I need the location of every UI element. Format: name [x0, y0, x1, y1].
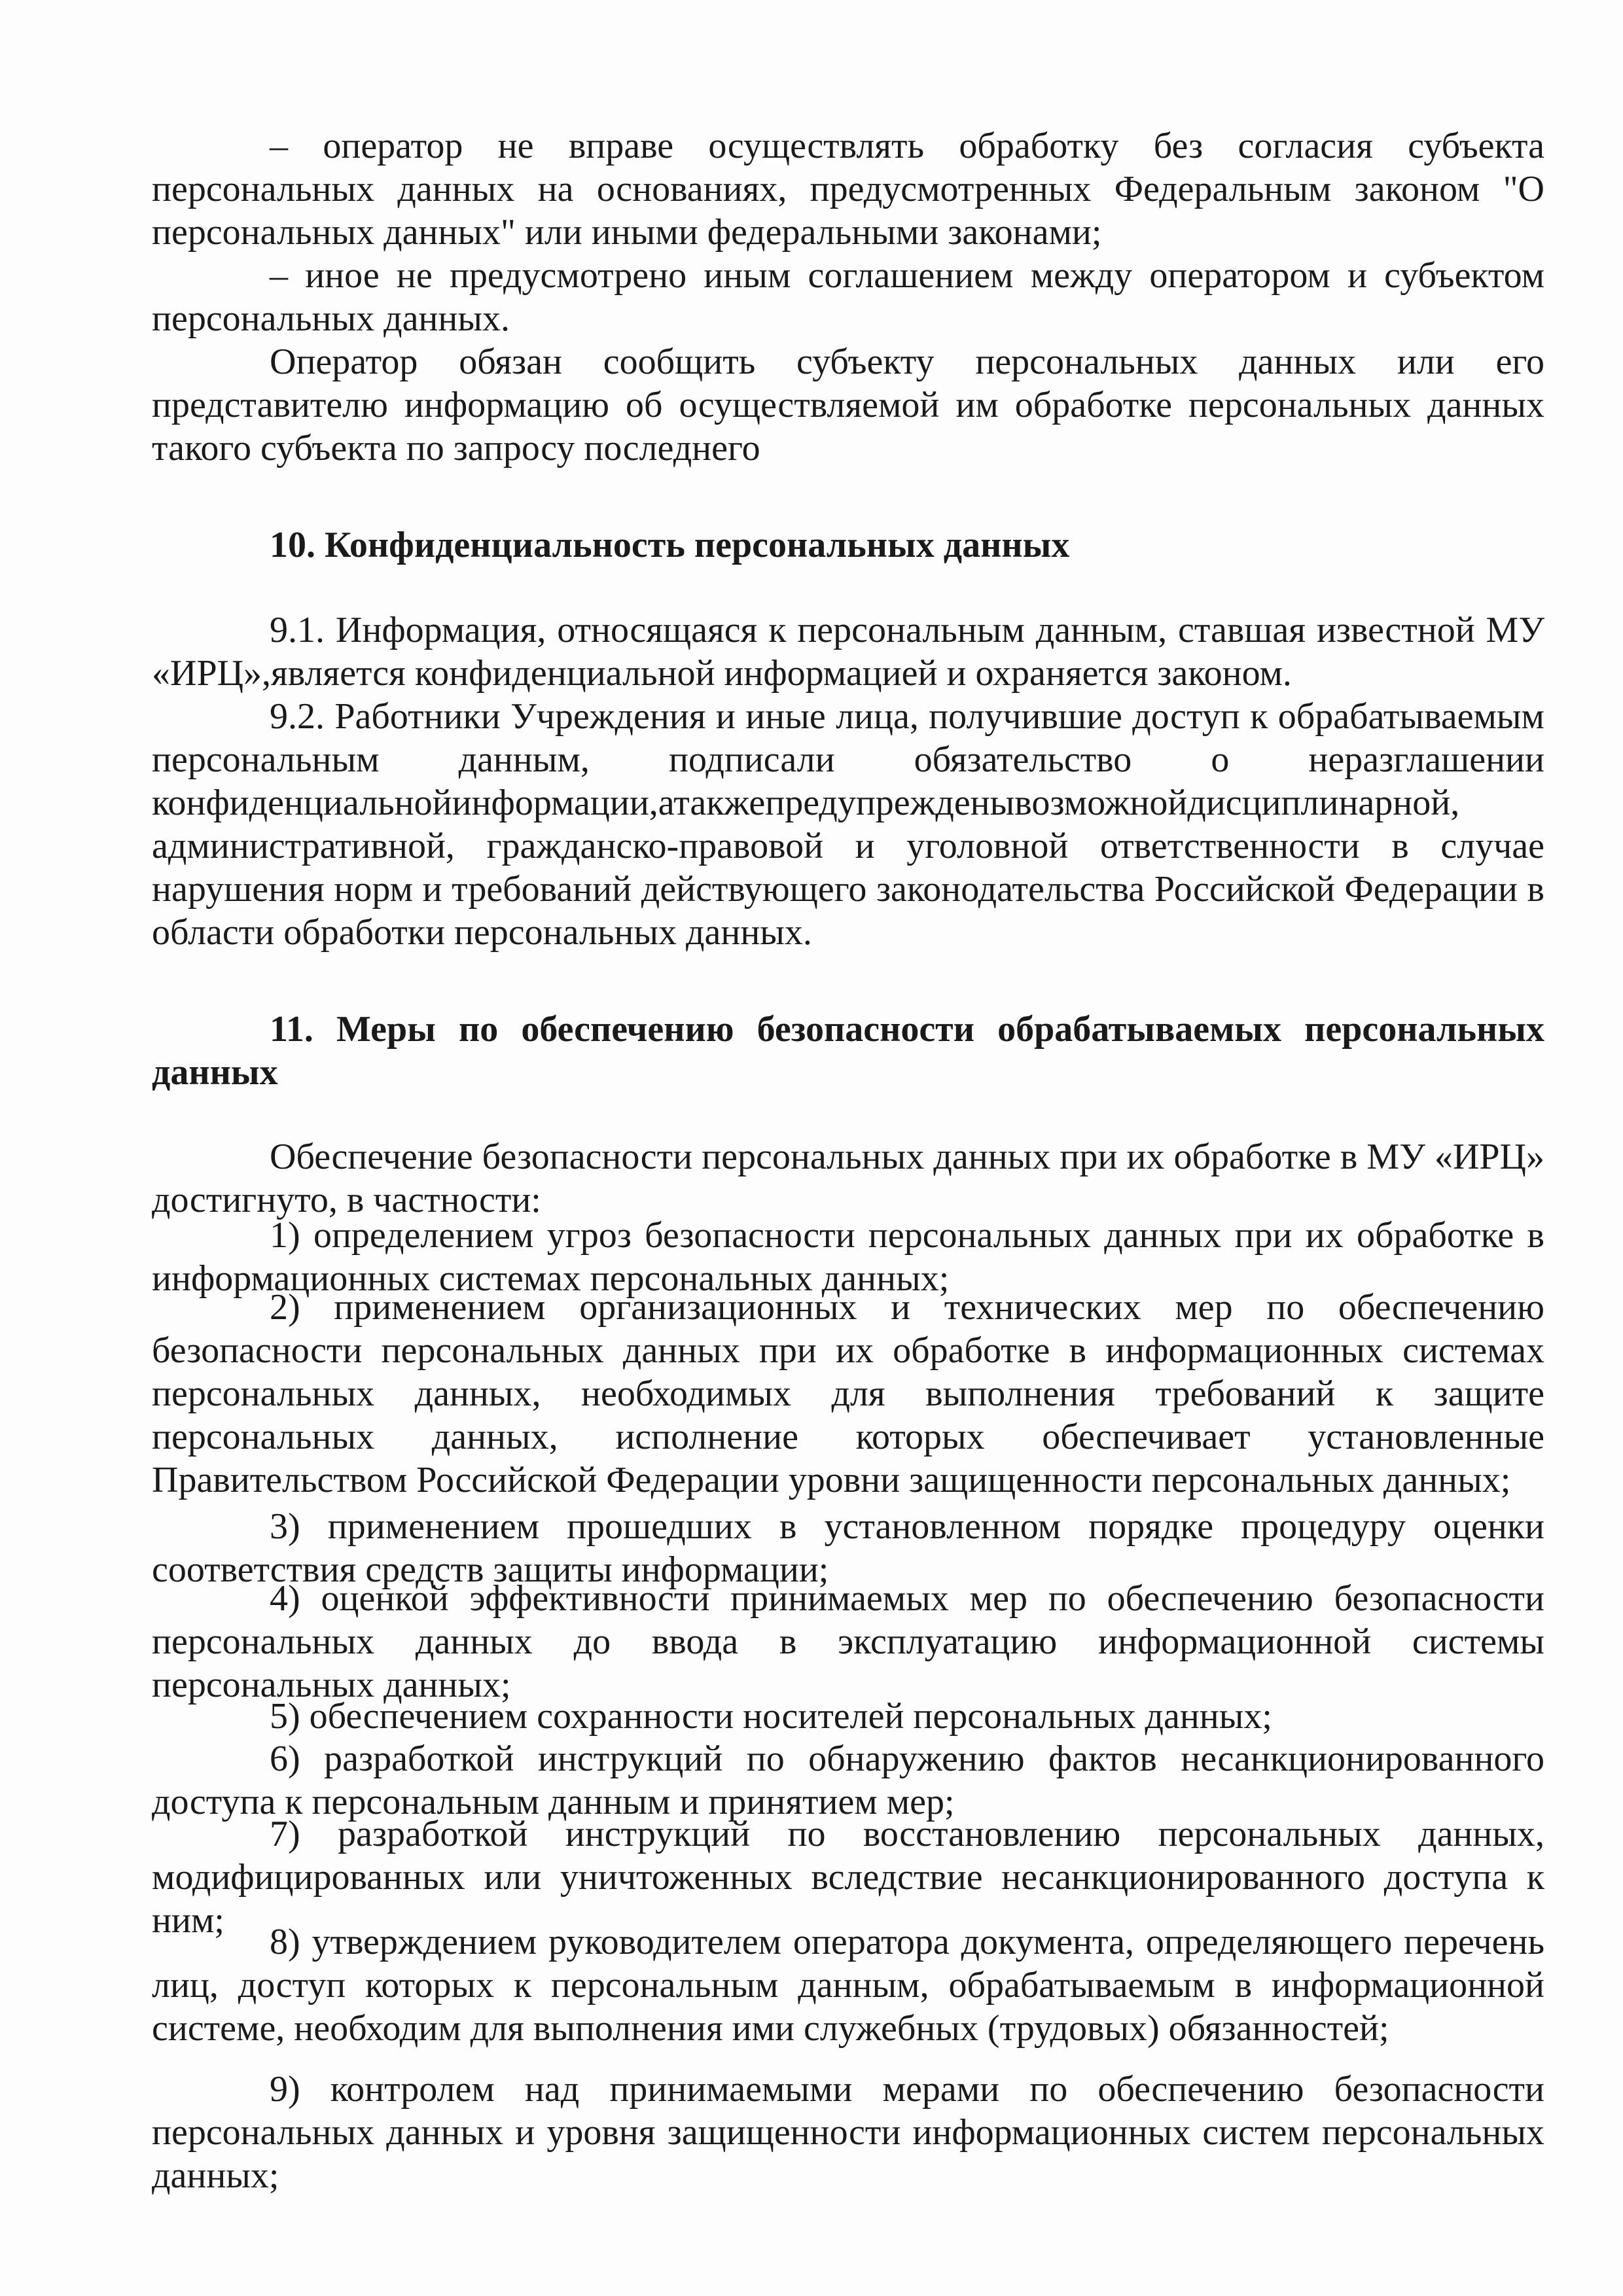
measure-item-9: 9) контролем над принимаемыми мерами по …	[152, 2068, 1544, 2197]
measure-item-6: 6) разработкой инструкций по обнаружению…	[152, 1737, 1544, 1824]
section-11-heading: 11. Меры по обеспечению безопасности обр…	[152, 1008, 1544, 1094]
section-11-intro: Обеспечение безопасности персональных да…	[152, 1135, 1544, 1222]
clause-9-1: 9.1. Информация, относящаяся к персональ…	[152, 609, 1544, 695]
section-10-heading: 10. Конфиденциальность персональных данн…	[152, 523, 1544, 567]
list-item-consent: – оператор не вправе осуществлять обрабо…	[152, 124, 1544, 254]
measure-item-5: 5) обеспечением сохранности носителей пе…	[152, 1695, 1544, 1738]
list-item-agreement: – иное не предусмотрено иным соглашением…	[152, 254, 1544, 340]
operator-obligation-paragraph: Оператор обязан сообщить субъекту персон…	[152, 340, 1544, 470]
measure-item-4: 4) оценкой эффективности принимаемых мер…	[152, 1577, 1544, 1706]
clause-9-2: 9.2. Работники Учреждения и иные лица, п…	[152, 695, 1544, 954]
document-page: – оператор не вправе осуществлять обрабо…	[0, 0, 1623, 2296]
measure-item-2: 2) применением организационных и техниче…	[152, 1286, 1544, 1502]
measure-item-8: 8) утверждением руководителем оператора …	[152, 1920, 1544, 2050]
